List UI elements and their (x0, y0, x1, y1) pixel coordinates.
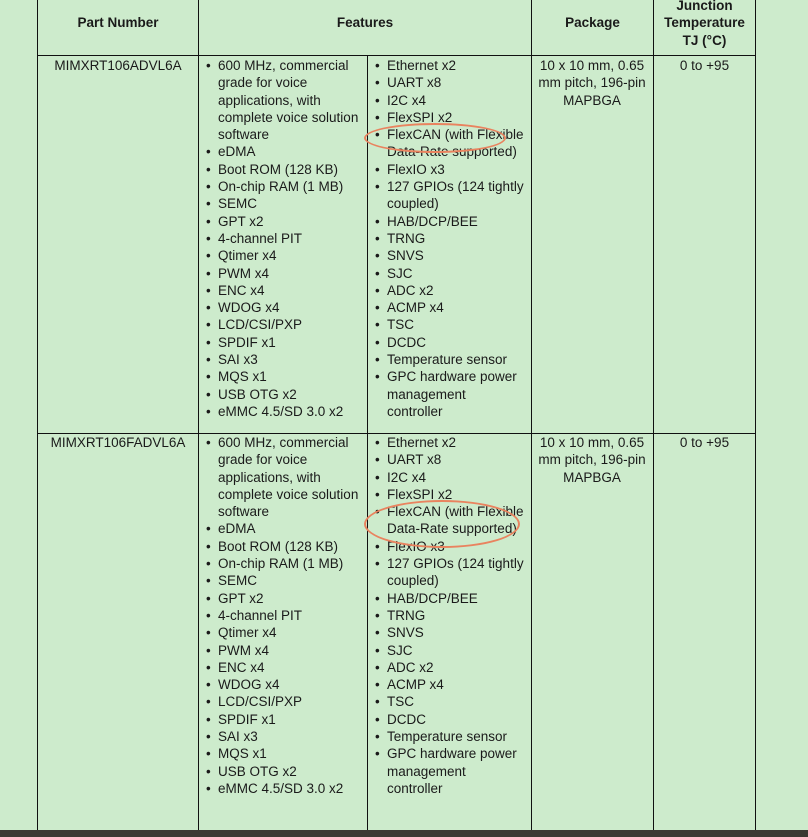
feature-list: 600 MHz, commercial grade for voice appl… (206, 434, 366, 797)
feature-item: MQS x1 (206, 745, 366, 762)
feature-item: USB OTG x2 (206, 386, 366, 403)
feature-item: GPT x2 (206, 590, 366, 607)
package-cell: 10 x 10 mm, 0.65 mm pitch, 196-pin MAPBG… (538, 434, 646, 486)
header-part-number: Part Number (38, 14, 198, 31)
feature-list: Ethernet x2UART x8I2C x4FlexSPI x2FlexCA… (375, 434, 525, 797)
feature-item: eMMC 4.5/SD 3.0 x2 (206, 403, 366, 420)
feature-item: SPDIF x1 (206, 334, 366, 351)
junction-temp-cell: 0 to +95 (654, 57, 755, 74)
feature-item: Temperature sensor (375, 351, 525, 368)
part-number-cell: MIMXRT106FADVL6A (38, 434, 198, 451)
features-col2-cell: Ethernet x2UART x8I2C x4FlexSPI x2FlexCA… (375, 434, 525, 797)
feature-item: 127 GPIOs (124 tightly coupled) (375, 555, 525, 590)
table-border (198, 0, 199, 831)
feature-item: TSC (375, 316, 525, 333)
feature-item: ADC x2 (375, 282, 525, 299)
feature-item: DCDC (375, 334, 525, 351)
feature-item: eMMC 4.5/SD 3.0 x2 (206, 780, 366, 797)
feature-item: HAB/DCP/BEE (375, 590, 525, 607)
feature-item: I2C x4 (375, 469, 525, 486)
feature-item: 600 MHz, commercial grade for voice appl… (206, 434, 366, 520)
feature-item: Temperature sensor (375, 728, 525, 745)
feature-item: GPC hardware power management controller (375, 745, 525, 797)
part-number-cell: MIMXRT106ADVL6A (38, 57, 198, 74)
feature-item: Ethernet x2 (375, 57, 525, 74)
table-border (367, 56, 368, 831)
feature-item: TSC (375, 693, 525, 710)
feature-item: ENC x4 (206, 282, 366, 299)
features-col1-cell: 600 MHz, commercial grade for voice appl… (206, 57, 366, 420)
table-border (653, 0, 654, 831)
feature-item: 127 GPIOs (124 tightly coupled) (375, 178, 525, 213)
feature-item: Qtimer x4 (206, 247, 366, 264)
feature-list: 600 MHz, commercial grade for voice appl… (206, 57, 366, 420)
feature-item: Boot ROM (128 KB) (206, 538, 366, 555)
feature-item: GPT x2 (206, 213, 366, 230)
annotation-circle (364, 123, 506, 153)
header-package: Package (532, 14, 653, 31)
annotation-circle (364, 500, 520, 548)
junction-temp-cell: 0 to +95 (654, 434, 755, 451)
table-border (755, 0, 756, 831)
feature-item: PWM x4 (206, 265, 366, 282)
feature-item: SJC (375, 642, 525, 659)
header-features: Features (199, 14, 531, 31)
table-border (531, 0, 532, 831)
header-line: Junction (654, 0, 755, 14)
feature-item: LCD/CSI/PXP (206, 693, 366, 710)
header-line: Temperature (654, 14, 755, 31)
features-col2-cell: Ethernet x2UART x8I2C x4FlexSPI x2FlexCA… (375, 57, 525, 420)
feature-item: DCDC (375, 711, 525, 728)
feature-item: SPDIF x1 (206, 711, 366, 728)
feature-item: USB OTG x2 (206, 763, 366, 780)
feature-item: HAB/DCP/BEE (375, 213, 525, 230)
feature-item: 600 MHz, commercial grade for voice appl… (206, 57, 366, 143)
feature-item: On-chip RAM (1 MB) (206, 178, 366, 195)
feature-item: Boot ROM (128 KB) (206, 161, 366, 178)
feature-item: SAI x3 (206, 351, 366, 368)
feature-item: SEMC (206, 195, 366, 212)
table-border (37, 55, 756, 56)
feature-item: SAI x3 (206, 728, 366, 745)
feature-item: 4-channel PIT (206, 607, 366, 624)
feature-item: 4-channel PIT (206, 230, 366, 247)
feature-item: UART x8 (375, 74, 525, 91)
feature-item: On-chip RAM (1 MB) (206, 555, 366, 572)
feature-item: eDMA (206, 143, 366, 160)
feature-item: UART x8 (375, 451, 525, 468)
feature-item: WDOG x4 (206, 299, 366, 316)
feature-item: Ethernet x2 (375, 434, 525, 451)
feature-item: LCD/CSI/PXP (206, 316, 366, 333)
feature-item: PWM x4 (206, 642, 366, 659)
feature-item: ENC x4 (206, 659, 366, 676)
feature-item: ACMP x4 (375, 299, 525, 316)
features-col1-cell: 600 MHz, commercial grade for voice appl… (206, 434, 366, 797)
feature-item: SNVS (375, 624, 525, 641)
feature-item: I2C x4 (375, 92, 525, 109)
feature-item: SJC (375, 265, 525, 282)
feature-item: FlexIO x3 (375, 161, 525, 178)
feature-item: TRNG (375, 230, 525, 247)
feature-item: SEMC (206, 572, 366, 589)
feature-item: Qtimer x4 (206, 624, 366, 641)
table-border (37, 0, 38, 831)
feature-item: WDOG x4 (206, 676, 366, 693)
feature-item: ADC x2 (375, 659, 525, 676)
feature-item: TRNG (375, 607, 525, 624)
feature-item: ACMP x4 (375, 676, 525, 693)
header-line: TJ (°C) (654, 32, 755, 49)
feature-item: MQS x1 (206, 368, 366, 385)
feature-item: eDMA (206, 520, 366, 537)
feature-item: GPC hardware power management controller (375, 368, 525, 420)
feature-item: SNVS (375, 247, 525, 264)
package-cell: 10 x 10 mm, 0.65 mm pitch, 196-pin MAPBG… (538, 57, 646, 109)
feature-list: Ethernet x2UART x8I2C x4FlexSPI x2FlexCA… (375, 57, 525, 420)
header-junction-temperature: Junction Temperature TJ (°C) (654, 0, 755, 49)
bottom-bar (0, 830, 808, 837)
